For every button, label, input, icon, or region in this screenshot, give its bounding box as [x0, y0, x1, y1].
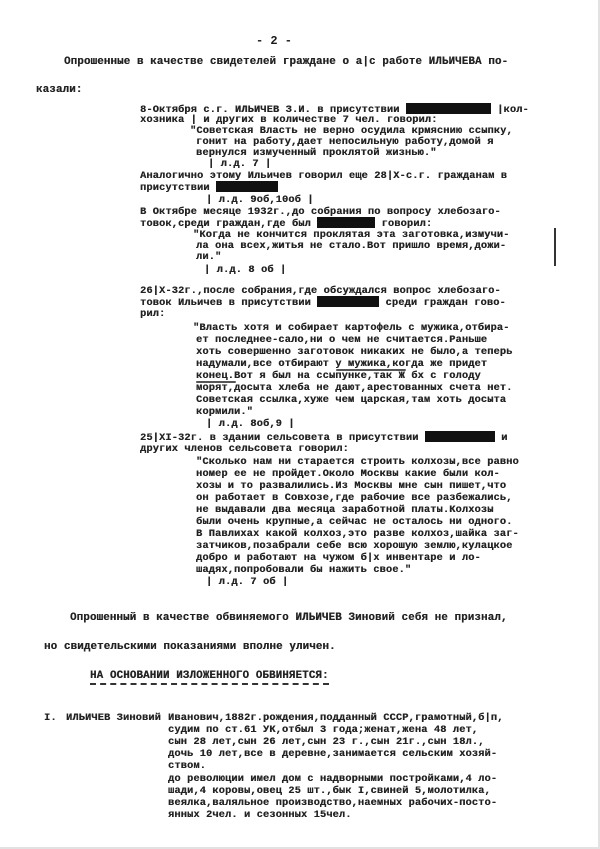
- case-reference: | л.д. 8 об |: [204, 264, 286, 276]
- testimony-3-quote: "Власть хотя и собирает картофель с мужи…: [193, 322, 509, 334]
- section-heading: НА ОСНОВАНИИ ИЗЛОЖЕННОГО ОБВИНЯЕТСЯ:: [90, 670, 329, 682]
- testimony-4-quote: добро и работают на чужом б|х инвентаре …: [196, 552, 481, 564]
- accused-detail: сын 28 лет,сын 26 лет,сын 23 г.,сын 21г.…: [168, 736, 484, 748]
- document-page: - 2 - Опрошенные в качестве свидетелей г…: [0, 0, 600, 849]
- testimony-3-quote: хоть совершенно заготовок никаких не был…: [196, 346, 512, 358]
- page-number: - 2 -: [256, 34, 292, 48]
- accused-statement-line: но свидетельскими показаниями вполне ули…: [44, 641, 336, 653]
- testimony-3-line: рил:: [140, 308, 165, 320]
- redaction-bar: [317, 217, 375, 228]
- testimony-1-line: присутствии: [140, 181, 278, 194]
- case-reference: | л.д. 9об,10об |: [206, 194, 314, 206]
- case-reference: | л.д. 8об,9 |: [206, 418, 295, 430]
- testimony-3-quote: морят,досыта хлеба не дают,арестованных …: [196, 382, 512, 394]
- accused-detail: ством.: [168, 760, 206, 772]
- testimony-4-quote: "Сколько нам ни старается строить колхоз…: [196, 456, 519, 468]
- testimony-3-quote: конец.Вот я был на ссыпунке,так Ж бх с г…: [196, 370, 481, 382]
- testimony-3-quote: ет последнее-сало,ни о чем не считается.…: [196, 334, 487, 346]
- testimony-4-quote: были очень крупные,а сейчас не осталось …: [196, 516, 512, 528]
- testimony-4-quote: номер ее не пройдет.Около Москвы какие б…: [196, 468, 500, 480]
- intro-line: казали:: [36, 84, 82, 96]
- testimony-4-quote: шадях,попробовали бы нажить свое.": [196, 564, 411, 576]
- redaction-bar: [216, 181, 278, 192]
- testimony-4-quote: не выдавали два месяца заработной платы.…: [196, 504, 493, 516]
- testimony-4-quote: В Павлихах какой колхоз,это разве колхоз…: [196, 528, 519, 540]
- testimony-4-quote: он работает в Совхозе,где рабочие все ра…: [196, 492, 512, 504]
- redaction-bar: [406, 103, 491, 114]
- accused-detail: шади,4 коровы,овец 25 шт.,бык I,свиней 5…: [168, 785, 491, 797]
- case-reference: | л.д. 7 об |: [206, 576, 288, 588]
- testimony-3-quote: кормили.": [196, 406, 253, 418]
- testimony-4-quote: затчиков,позабрали себе всю хорошую земл…: [196, 540, 512, 552]
- accused-name: ИЛЬИЧЕВ Зиновий: [66, 712, 161, 724]
- accused-detail: янных 2чел. и сезонных 15чел.: [168, 809, 352, 821]
- intro-line: Опрошенные в качестве свидетелей граждан…: [64, 56, 508, 68]
- accused-detail: судим по ст.61 УК,отбыл 3 года;женат,жен…: [168, 724, 478, 736]
- redaction-bar: [317, 296, 379, 307]
- margin-bracket: [554, 228, 556, 266]
- accused-detail: дочь 10 лет,все в деревне,занимается сел…: [168, 748, 497, 760]
- redaction-bar: [425, 431, 495, 442]
- testimony-3-line: товок Ильичев в присутствии среди гражда…: [140, 296, 506, 309]
- accused-detail: до революции имел дом с надворными постр…: [168, 773, 497, 785]
- testimony-2-quote: ли.": [196, 251, 221, 263]
- accused-statement-line: Опрошенный в качестве обвиняемого ИЛЬИЧЕ…: [70, 612, 508, 624]
- testimony-4-quote: хозы и то развалились.Из Москвы мне сын …: [196, 480, 506, 492]
- testimony-3-quote: Советская ссылка,хуже чем царская,там хо…: [196, 394, 506, 406]
- case-reference: | л.д. 7 |: [208, 158, 271, 170]
- accused-detail: веялка,валяльное производство,наемных ра…: [168, 797, 497, 809]
- testimony-4-line: других членов сельсовета говорил:: [140, 443, 349, 455]
- handwritten-underline: [336, 369, 406, 371]
- testimony-2-quote: ла она всех,житья не стало.Вот пришло вр…: [196, 240, 506, 252]
- accused-detail: Иванович,1882г.рождения,подданный СССР,г…: [168, 712, 503, 724]
- accused-number: I.: [44, 712, 57, 724]
